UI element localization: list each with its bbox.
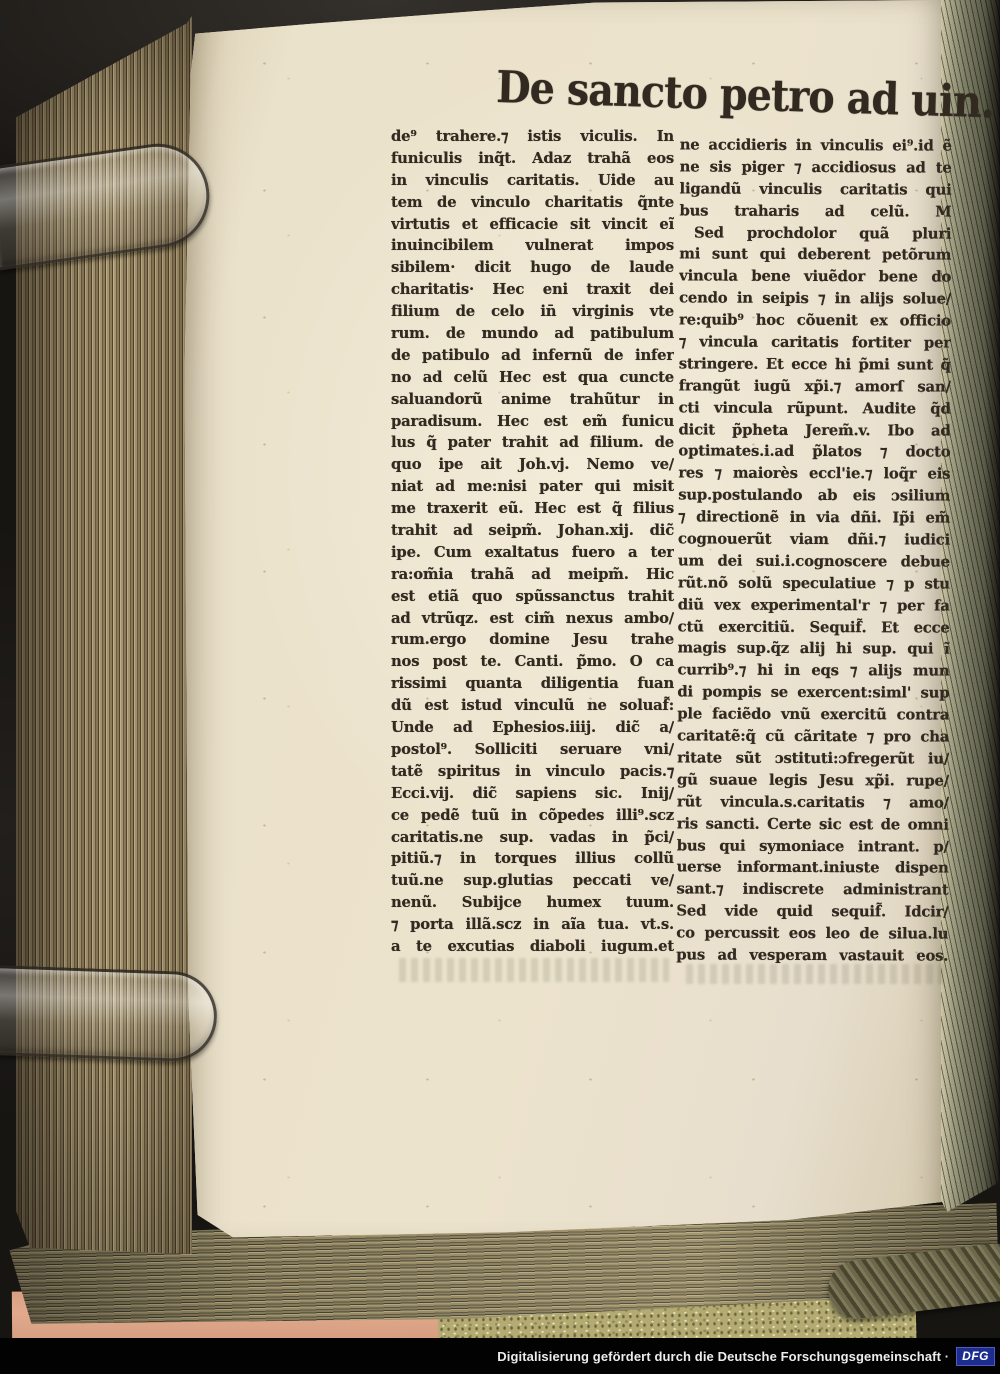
text-line: Unde ad Ephesios.iiij. dic̃ a∕ bbox=[391, 717, 674, 739]
text-line: tatẽ spiritus in vinculo pacis.⁊ bbox=[391, 761, 674, 783]
text-line: charitatis· Hec eni traxit dei bbox=[391, 279, 674, 301]
text-line: de⁹ trahere.⁊ istis viculis. In bbox=[391, 126, 674, 148]
text-line: di pompis se exercent:siml' sup bbox=[677, 682, 949, 705]
text-line: frangũt iugũ xp̃i.⁊ amorſ san∕ bbox=[679, 375, 951, 398]
text-line: sant.⁊ indiscrete administrant bbox=[676, 879, 948, 902]
text-line: ligandũ vinculis caritatis qui bbox=[680, 178, 952, 201]
text-line: caritatis.ne sup. vadas in p̃ci∕ bbox=[391, 827, 674, 849]
page-holder-clip-bottom bbox=[0, 965, 218, 1063]
text-line: trahit ad seipm̃. Johan.xij. dic̃ bbox=[391, 520, 674, 542]
text-line: ce pedẽ tuũ in cõpedes illi⁹.scz bbox=[391, 805, 674, 827]
text-line: ris sancti. Certe sic est de omni bbox=[677, 813, 949, 836]
text-line: inuincibilem vulnerat impos bbox=[391, 235, 674, 257]
text-line: tem de vinculo charitatis q̃nte bbox=[391, 192, 674, 214]
text-line: ipe. Cum exaltatus fuero a ter bbox=[391, 542, 674, 564]
text-line: res ⁊ maiorès eccl'ie.⁊ loq̃r eis bbox=[678, 463, 950, 486]
text-line: Sed prochdolor quã pluri bbox=[679, 222, 951, 245]
text-line: bus traharis ad celũ. M bbox=[679, 200, 951, 223]
right-text-column: ne accidieris in vinculis ei⁹.id ẽne sis… bbox=[676, 134, 952, 967]
text-line: nenũ. Subijce humex tuum. bbox=[391, 892, 674, 914]
text-line: pitiũ.⁊ in torques illius collũ bbox=[391, 848, 674, 870]
text-line: currib⁹.⁊ hi in eqs ⁊ alijs mun bbox=[677, 660, 949, 683]
text-line: in vinculis caritatis. Uide au bbox=[391, 170, 674, 192]
text-line: ad vtrũqz. est cim̃ nexus ambo∕ bbox=[391, 608, 674, 630]
text-line: est etiã quo spũssanctus trahit bbox=[391, 586, 674, 608]
left-text-column: de⁹ trahere.⁊ istis viculis. Infuniculis… bbox=[391, 126, 674, 958]
text-line: sibilem· dicit hugo de laude bbox=[391, 257, 674, 279]
text-line: ra:om̃ia trahã ad meipm̃. Hic bbox=[391, 564, 674, 586]
dfg-logo: DFG bbox=[956, 1347, 995, 1366]
text-line: filium de celo in̄ virginis vte bbox=[391, 301, 674, 323]
text-line: cendo in seipis ⁊ in alijs solue∕ bbox=[679, 288, 951, 311]
text-line: diũ vex experimental'r ⁊ per fa bbox=[678, 594, 950, 617]
text-line: postol⁹. Solliciti seruare vni∕ bbox=[391, 739, 674, 761]
text-line: me traxerit eũ. Hec est q̃ filius bbox=[391, 498, 674, 520]
text-line: Sed vide quid sequif̃. Idcir∕ bbox=[676, 901, 948, 924]
text-line: vincula bene viuẽdor bene do bbox=[679, 266, 951, 289]
text-line: dicit p̃pheta Jerem̃.v. Ibo ad bbox=[678, 419, 950, 442]
text-line: re:quib⁹ hoc cõuenit ex officio bbox=[679, 310, 951, 333]
text-line: ne accidieris in vinculis ei⁹.id ẽ bbox=[680, 134, 952, 157]
text-line: rũt vincula.s.caritatis ⁊ amo∕ bbox=[677, 791, 949, 814]
text-line: gũ suaue legis Jesu xp̃i. rupe∕ bbox=[677, 769, 949, 792]
text-line: bus qui symoniace intrant. p∕ bbox=[677, 835, 949, 858]
text-line: optimates.i.ad p̃latos ⁊ docto bbox=[678, 441, 950, 464]
text-line: rissimi quanta diligentia fuan bbox=[391, 673, 674, 695]
text-line: Ecci.vij. dic̃ sapiens sic. Inij∕ bbox=[391, 783, 674, 805]
text-line: tuũ.ne sup.glutias peccati ve∕ bbox=[391, 870, 674, 892]
text-line: ritate sũt ɔstituti:ɔfregerũt iu∕ bbox=[677, 747, 949, 770]
text-line: ctũ exercitiũ. Sequif̃. Et ecce bbox=[678, 616, 950, 639]
text-line: saluandorũ anime trahũtur in bbox=[391, 389, 674, 411]
text-line: rũt.nõ solũ speculatiue ⁊ p stu bbox=[678, 572, 950, 595]
text-line: ⁊ directionẽ in via dñi. Ip̃i em̃ bbox=[678, 507, 950, 530]
text-line: quo ipe ait Joh.vj. Nemo ve∕ bbox=[391, 454, 674, 476]
text-line: lus q̃ pater trahit ad filium. de bbox=[391, 432, 674, 454]
digitized-book-photo: De sancto petro ad uin. de⁹ trahere.⁊ is… bbox=[0, 0, 1000, 1374]
digitization-credit: Digitalisierung gefördert durch die Deut… bbox=[497, 1349, 949, 1364]
text-line: um dei sui.i.cognoscere debue bbox=[678, 550, 950, 573]
text-line: mi sunt qui deberent petõrum bbox=[679, 244, 951, 267]
text-line: ne sis piger ⁊ accidiosus ad te bbox=[680, 156, 952, 179]
text-line: paradisum. Hec est em̃ funicu bbox=[391, 411, 674, 433]
text-line: ⁊ vincula caritatis fortiter per bbox=[679, 331, 951, 354]
text-line: ple faciẽdo vnũ exercitũ contra bbox=[677, 704, 949, 727]
text-line: funiculis inq̃t. Adaz trahã eos bbox=[391, 148, 674, 170]
text-line: nos post te. Canti. p̃mo. O ca bbox=[391, 651, 674, 673]
text-line: dũ est istud vinculũ ne soluaf̃: bbox=[391, 695, 674, 717]
show-through-text-left bbox=[399, 958, 669, 982]
text-line: magis sup.q̃z alij hi sup. qui ĩ bbox=[678, 638, 950, 661]
text-line: de patibulo ad infernũ de infer bbox=[391, 345, 674, 367]
show-through-text-right bbox=[686, 964, 944, 984]
text-line: co percussit eos leo de silua.lu bbox=[676, 922, 948, 945]
text-line: rum.ergo domine Jesu trahe bbox=[391, 629, 674, 651]
text-line: virtutis et efficacie sit vincit eĩ bbox=[391, 214, 674, 236]
text-line: stringere. Et ecce hi p̃mi sunt q̃ bbox=[679, 353, 951, 376]
text-line: cti vincula rũpunt. Audite q̃d bbox=[679, 397, 951, 420]
digitization-banner: Digitalisierung gefördert durch die Deut… bbox=[0, 1338, 1000, 1374]
text-line: ⁊ porta illã.scz in aĩa tua. vt.s. bbox=[391, 914, 674, 936]
text-line: rum. de mundo ad patibulum bbox=[391, 323, 674, 345]
text-line: caritatẽ:q̃ cũ cãritate ⁊ pro cha bbox=[677, 725, 949, 748]
text-line: niat ad me:nisi pater qui misit bbox=[391, 476, 674, 498]
text-line: no ad celũ Hec est qua cuncte bbox=[391, 367, 674, 389]
text-line: uerse informant.iniuste dispen bbox=[677, 857, 949, 880]
text-line: a te excutias diaboli iugum.et bbox=[391, 936, 674, 958]
text-line: cognouerũt viam dñi.⁊ iudici bbox=[678, 528, 950, 551]
text-line: sup.postulando ab eis ɔsilium bbox=[678, 485, 950, 508]
